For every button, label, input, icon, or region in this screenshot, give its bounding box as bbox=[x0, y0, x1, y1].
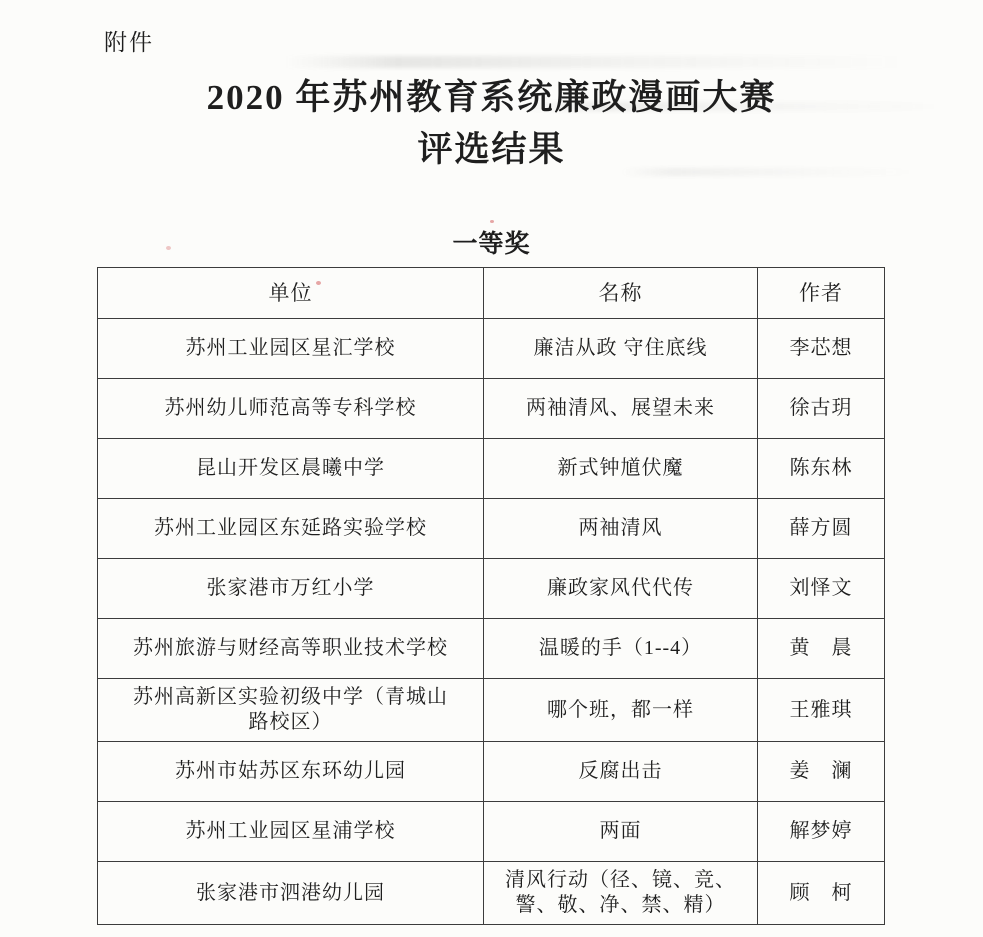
author-cell: 刘怿文 bbox=[758, 559, 885, 619]
work-title-cell: 两面 bbox=[484, 802, 758, 862]
author-cell: 王雅琪 bbox=[758, 679, 885, 742]
author-cell: 黄 晨 bbox=[758, 619, 885, 679]
author-cell: 解梦婷 bbox=[758, 802, 885, 862]
unit-cell: 苏州工业园区星浦学校 bbox=[98, 802, 484, 862]
column-header-unit: 单位 bbox=[98, 268, 484, 319]
work-title-cell: 廉政家风代代传 bbox=[484, 559, 758, 619]
author-cell: 陈东林 bbox=[758, 439, 885, 499]
award-results-table: 单位 名称 作者 苏州工业园区星汇学校 廉洁从政 守住底线 李芯想 苏州幼儿师范… bbox=[97, 267, 885, 925]
author-cell: 姜 澜 bbox=[758, 742, 885, 802]
author-cell: 李芯想 bbox=[758, 319, 885, 379]
attachment-label: 附件 bbox=[104, 24, 154, 57]
section-heading-first-prize: 一等奖 bbox=[0, 224, 983, 260]
work-title-cell: 廉洁从政 守住底线 bbox=[484, 319, 758, 379]
work-title-cell: 两袖清风 bbox=[484, 499, 758, 559]
document-title-line1: 2020 年苏州教育系统廉政漫画大赛 bbox=[0, 70, 983, 120]
table-row: 苏州高新区实验初级中学（青城山路校区） 哪个班，都一样 王雅琪 bbox=[98, 679, 885, 742]
work-title-cell: 温暖的手（1--4） bbox=[484, 619, 758, 679]
table-row: 苏州旅游与财经高等职业技术学校 温暖的手（1--4） 黄 晨 bbox=[98, 619, 885, 679]
table-row: 张家港市万红小学 廉政家风代代传 刘怿文 bbox=[98, 559, 885, 619]
work-title-cell: 新式钟馗伏魔 bbox=[484, 439, 758, 499]
author-cell: 薛方圆 bbox=[758, 499, 885, 559]
unit-cell: 昆山开发区晨曦中学 bbox=[98, 439, 484, 499]
unit-cell: 张家港市万红小学 bbox=[98, 559, 484, 619]
unit-cell: 苏州旅游与财经高等职业技术学校 bbox=[98, 619, 484, 679]
unit-cell: 张家港市泗港幼儿园 bbox=[98, 862, 484, 925]
column-header-author: 作者 bbox=[758, 268, 885, 319]
unit-cell: 苏州工业园区星汇学校 bbox=[98, 319, 484, 379]
work-title-cell: 清风行动（径、镜、竞、警、敬、净、禁、精） bbox=[484, 862, 758, 925]
work-title-cell: 两袖清风、展望未来 bbox=[484, 379, 758, 439]
unit-cell: 苏州幼儿师范高等专科学校 bbox=[98, 379, 484, 439]
unit-cell: 苏州市姑苏区东环幼儿园 bbox=[98, 742, 484, 802]
table-row: 苏州幼儿师范高等专科学校 两袖清风、展望未来 徐古玥 bbox=[98, 379, 885, 439]
table-row: 苏州工业园区星浦学校 两面 解梦婷 bbox=[98, 802, 885, 862]
column-header-work-title: 名称 bbox=[484, 268, 758, 319]
work-title-cell: 哪个班，都一样 bbox=[484, 679, 758, 742]
table-header-row: 单位 名称 作者 bbox=[98, 268, 885, 319]
document-title-line2: 评选结果 bbox=[0, 122, 983, 172]
table-row: 苏州工业园区东延路实验学校 两袖清风 薛方圆 bbox=[98, 499, 885, 559]
table-row: 张家港市泗港幼儿园 清风行动（径、镜、竞、警、敬、净、禁、精） 顾 柯 bbox=[98, 862, 885, 925]
author-cell: 徐古玥 bbox=[758, 379, 885, 439]
table-row: 昆山开发区晨曦中学 新式钟馗伏魔 陈东林 bbox=[98, 439, 885, 499]
scan-artifact-streak bbox=[285, 56, 905, 68]
work-title-cell: 反腐出击 bbox=[484, 742, 758, 802]
scanned-document-page: 附件 2020 年苏州教育系统廉政漫画大赛 评选结果 一等奖 单位 名称 作者 … bbox=[0, 0, 983, 937]
unit-cell: 苏州工业园区东延路实验学校 bbox=[98, 499, 484, 559]
table-row: 苏州市姑苏区东环幼儿园 反腐出击 姜 澜 bbox=[98, 742, 885, 802]
table-row: 苏州工业园区星汇学校 廉洁从政 守住底线 李芯想 bbox=[98, 319, 885, 379]
author-cell: 顾 柯 bbox=[758, 862, 885, 925]
unit-cell: 苏州高新区实验初级中学（青城山路校区） bbox=[98, 679, 484, 742]
scan-artifact-speck bbox=[490, 220, 494, 223]
